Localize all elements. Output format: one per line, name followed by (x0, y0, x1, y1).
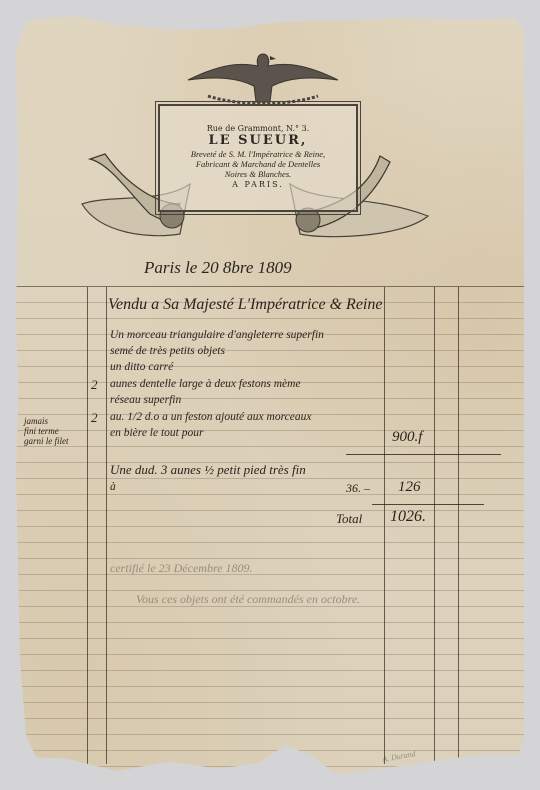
merchant-specialty: Noires & Blanches. (160, 170, 356, 180)
ledger-ruling (16, 287, 524, 774)
item-line-7: en bière le tout pour (110, 427, 203, 439)
ledger-amount-line-left (384, 287, 385, 764)
ledger-qty-line (106, 287, 107, 764)
margin-note-line-3: garni le filet (24, 436, 84, 446)
sale-heading: Vendu a Sa Majesté L'Impératrice & Reine (108, 296, 382, 314)
item-line-9: à (110, 481, 116, 493)
margin-note-line-2: fini terme (24, 426, 84, 436)
item-line-4: aunes dentelle large à deux festons mème (110, 378, 301, 390)
subtotal-rule-1 (346, 454, 501, 455)
subtotal-amount-2: 126 (398, 479, 421, 496)
item-line-6: au. 1/2 d.o a un feston ajouté aux morce… (110, 411, 311, 423)
item-line-8: Une dud. 3 aunes ½ petit pied très fin (110, 462, 306, 478)
unit-price: 36. – (346, 481, 370, 496)
ledger-margin-line (87, 287, 88, 764)
margin-note: jamais fini terme garni le filet (24, 416, 84, 446)
merchant-street: Rue de Grammont, N.° 3. (160, 124, 356, 133)
letterhead-engraving: Rue de Grammont, N.° 3. LE SUEUR, Brevet… (80, 44, 420, 244)
subtotal-rule-2 (372, 504, 484, 505)
item-line-5: réseau superfin (110, 394, 181, 406)
ledger-cents-line (458, 287, 459, 764)
total-label: Total (336, 511, 362, 527)
total-amount: 1026. (390, 508, 426, 526)
merchant-city: A PARIS. (160, 180, 356, 189)
subtotal-amount-1: 900.f (392, 429, 422, 446)
imperial-eagle-icon (178, 46, 348, 110)
margin-note-line-1: jamais (24, 416, 84, 426)
item-qty-4: 2 (91, 377, 98, 393)
certification-note: certifié le 23 Décembre 1809. (110, 561, 253, 576)
item-line-3: un ditto carré (110, 361, 173, 373)
item-qty-6: 2 (91, 410, 98, 426)
item-line-2: semé de très petits objets (110, 345, 225, 357)
item-line-1: Un morceau triangulaire d'angleterre sup… (110, 329, 324, 341)
order-note: Vous ces objets ont été commandés en oct… (136, 592, 360, 607)
ledger-amount-line-right (434, 287, 435, 764)
invoice-paper: Rue de Grammont, N.° 3. LE SUEUR, Brevet… (16, 14, 524, 774)
merchant-name: LE SUEUR, (160, 134, 356, 149)
date-line: Paris le 20 8bre 1809 (144, 258, 292, 278)
letterhead-cartouche: Rue de Grammont, N.° 3. LE SUEUR, Brevet… (158, 104, 358, 212)
